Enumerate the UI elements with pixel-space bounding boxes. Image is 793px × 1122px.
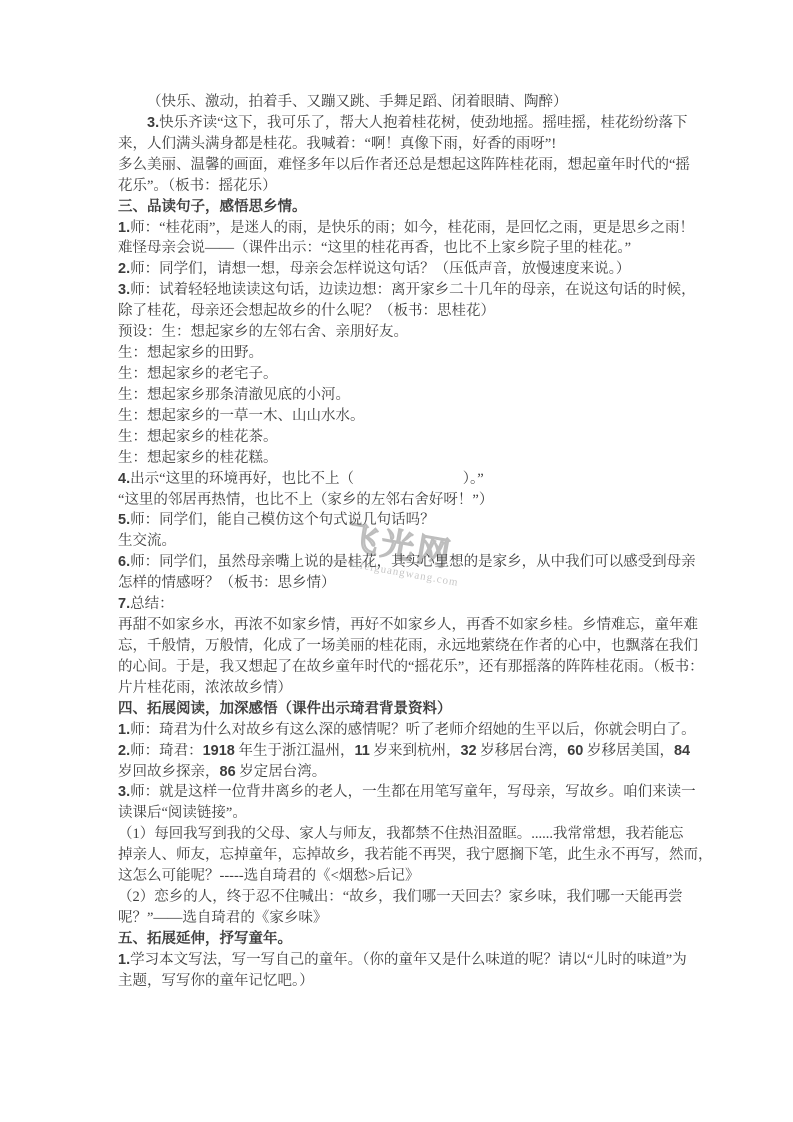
text-segment: 师：试着轻轻地读读这句话，边读边想：离开家乡二十几年的母亲，在说这句话的时候，	[130, 282, 696, 298]
text-segment: 呢？”——选自琦君的《家乡味》	[118, 910, 327, 926]
text-line: 这怎么可能呢？-----选自琦君的《<烟愁>后记》	[118, 866, 698, 887]
text-segment: 读课后“阅读链接”。	[118, 805, 247, 821]
document-page: 飞光网 www.feiguangwang.com （快乐、激动，拍着手、又蹦又跳…	[0, 0, 793, 1122]
text-line: 生：想起家乡的一草一木、山山水水。	[118, 406, 698, 427]
text-line: 生：想起家乡的桂花茶。	[118, 427, 698, 448]
text-segment: 生：想起家乡的桂花茶。	[118, 429, 278, 445]
text-segment: 师：就是这样一位背井离乡的老人，一生都在用笔写童年，写母亲，写故乡。咱们来读一	[130, 784, 696, 800]
text-line: 花乐”。（板书：摇花乐）	[118, 176, 698, 197]
text-line: 除了桂花，母亲还会想起故乡的什么呢？（板书：思桂花）	[118, 301, 698, 322]
text-line: 6.师：同学们，虽然母亲嘴上说的是桂花，其实心里想的是家乡，从中我们可以感受到母…	[118, 552, 698, 573]
text-segment-bold: 1.	[118, 220, 130, 236]
text-line: 3.快乐齐读“这下，我可乐了，帮大人抱着桂花树，使劲地摇。摇哇摇，桂花纷纷落下	[118, 113, 698, 134]
text-line: 五、拓展延伸，抒写童年。	[118, 929, 698, 950]
text-line: 四、拓展阅读，加深感悟（课件出示琦君背景资料）	[118, 699, 698, 720]
text-line: 预设：生：想起家乡的左邻右舍、亲朋好友。	[118, 322, 698, 343]
text-line: 3.师：试着轻轻地读读这句话，边读边想：离开家乡二十几年的母亲，在说这句话的时候…	[118, 280, 698, 301]
text-line: 怎样的情感呀？（板书：思乡情）	[118, 573, 698, 594]
text-line: 1.学习本文写法，写一写自己的童年。（你的童年又是什么味道的呢？请以“儿时的味道…	[118, 950, 698, 971]
text-line: （2）恋乡的人，终于忍不住喊出：“故乡，我们哪一天回去？家乡味，我们哪一天能再尝	[118, 887, 698, 908]
text-line: 5.师：同学们，能自己模仿这个句式说几句话吗？	[118, 510, 698, 531]
text-segment: 师：同学们，请想一想，母亲会怎样说这句话？（压低声音，放慢速度来说。）	[130, 261, 630, 277]
text-line: 三、品读句子，感悟思乡情。	[118, 197, 698, 218]
text-segment-bold: 2.	[118, 261, 130, 277]
text-segment-bold: 86	[220, 764, 236, 780]
text-segment: 生：想起家乡的桂花糕。	[118, 450, 278, 466]
text-segment: 掉亲人、师友，忘掉童年，忘掉故乡，我若能不再哭，我宁愿搁下笔，此生永不再写，然而…	[118, 847, 713, 863]
text-segment-bold: 11	[354, 743, 369, 759]
text-line: 4.出示“这里的环境再好，也比不上（ ）。”	[118, 469, 698, 490]
text-line: 7.总结：	[118, 594, 698, 615]
text-line: 的心间。于是，我又想起了在故乡童年时代的“摇花乐”，还有那摇落的阵阵桂花雨。（板…	[118, 657, 698, 678]
text-line: （快乐、激动，拍着手、又蹦又跳、手舞足蹈、闭着眼睛、陶醉）	[118, 92, 698, 113]
text-segment: 生：想起家乡的一草一木、山山水水。	[118, 408, 365, 424]
text-segment: 来，人们满头满身都是桂花。我喊着：“啊！真像下雨，好香的雨呀”!	[118, 136, 556, 152]
text-segment-bold: 32	[460, 743, 476, 759]
text-segment-bold: 60	[567, 743, 583, 759]
text-line: 生交流。	[118, 531, 698, 552]
text-segment: （快乐、激动，拍着手、又蹦又跳、手舞足蹈、闭着眼睛、陶醉）	[147, 94, 568, 110]
text-segment: 师：“桂花雨”，是迷人的雨，是快乐的雨；如今，桂花雨，是回忆之雨，更是思乡之雨！	[130, 220, 694, 236]
text-segment: 多么美丽、温馨的画面，难怪多年以后作者还总是想起这阵阵桂花雨，想起童年时代的“摇	[118, 157, 690, 173]
text-segment-bold: 6.	[118, 554, 130, 570]
text-segment: 的心间。于是，我又想起了在故乡童年时代的“摇花乐”，还有那摇落的阵阵桂花雨。（板…	[118, 659, 704, 675]
text-segment: 师：琦君为什么对故乡有这么深的感情呢？听了老师介绍她的生平以后，你就会明白了。	[130, 722, 696, 738]
text-segment: 除了桂花，母亲还会想起故乡的什么呢？（板书：思桂花）	[118, 303, 495, 319]
text-segment: 总结：	[130, 596, 174, 612]
text-segment: 生：想起家乡的老宅子。	[118, 366, 278, 382]
text-segment: 学习本文写法，写一写自己的童年。（你的童年又是什么味道的呢？请以“儿时的味道”为	[130, 952, 687, 968]
text-line: （1）每回我写到我的父母、家人与师友，我都禁不住热泪盈眶。......我常常想，…	[118, 824, 698, 845]
text-segment-bold: 1918	[203, 743, 235, 759]
text-line: 多么美丽、温馨的画面，难怪多年以后作者还总是想起这阵阵桂花雨，想起童年时代的“摇	[118, 155, 698, 176]
text-line: 2.师：同学们，请想一想，母亲会怎样说这句话？（压低声音，放慢速度来说。）	[118, 259, 698, 280]
text-line: 难怪母亲会说——（课件出示：“这里的桂花再香，也比不上家乡院子里的桂花。”	[118, 238, 698, 259]
text-segment: 四、拓展阅读，加深感悟（课件出示琦君背景资料）	[118, 701, 452, 717]
text-line: 呢？”——选自琦君的《家乡味》	[118, 908, 698, 929]
text-segment: （1）每回我写到我的父母、家人与师友，我都禁不住热泪盈眶。......我常常想，…	[118, 826, 684, 842]
text-segment: 岁移居美国，	[583, 743, 674, 759]
text-line: 岁回故乡探亲，86 岁定居台湾。	[118, 762, 698, 783]
text-segment: 片片桂花雨，浓浓故乡情）	[118, 680, 292, 696]
text-segment: 师：同学们，能自己模仿这个句式说几句话吗？	[130, 512, 435, 528]
text-segment: 难怪母亲会说——（课件出示：“这里的桂花再香，也比不上家乡院子里的桂花。”	[118, 240, 631, 256]
text-segment-bold: 7.	[118, 596, 130, 612]
text-segment-bold: 3.	[147, 115, 159, 131]
text-segment: 岁来到杭州，	[370, 743, 461, 759]
text-segment-bold: 3.	[118, 784, 130, 800]
text-line: 读课后“阅读链接”。	[118, 803, 698, 824]
text-segment-bold: 4.	[118, 471, 130, 487]
text-line: 忘，千般情，万般情，化成了一场美丽的桂花雨，永远地萦绕在作者的心中，也飘落在我们	[118, 636, 698, 657]
text-block: （快乐、激动，拍着手、又蹦又跳、手舞足蹈、闭着眼睛、陶醉）3.快乐齐读“这下，我…	[118, 92, 698, 992]
text-segment: 生交流。	[118, 533, 176, 549]
text-line: 生：想起家乡的田野。	[118, 343, 698, 364]
text-segment: 年生于浙江温州，	[235, 743, 355, 759]
text-segment: 出示“这里的环境再好，也比不上（ ）。”	[130, 471, 484, 487]
text-line: 生：想起家乡的老宅子。	[118, 364, 698, 385]
text-segment: 生：想起家乡的田野。	[118, 345, 263, 361]
text-segment: 怎样的情感呀？（板书：思乡情）	[118, 575, 336, 591]
text-segment: 花乐”。（板书：摇花乐）	[118, 178, 277, 194]
text-line: 1.师：“桂花雨”，是迷人的雨，是快乐的雨；如今，桂花雨，是回忆之雨，更是思乡之…	[118, 218, 698, 239]
text-segment-bold: 1.	[118, 952, 130, 968]
text-line: 生：想起家乡那条清澈见底的小河。	[118, 385, 698, 406]
text-segment: 生：想起家乡那条清澈见底的小河。	[118, 387, 350, 403]
text-segment: 预设：生：想起家乡的左邻右舍、亲朋好友。	[118, 324, 408, 340]
text-segment: 忘，千般情，万般情，化成了一场美丽的桂花雨，永远地萦绕在作者的心中，也飘落在我们	[118, 638, 698, 654]
text-segment-bold: 2.	[118, 743, 130, 759]
text-segment: 快乐齐读“这下，我可乐了，帮大人抱着桂花树，使劲地摇。摇哇摇，桂花纷纷落下	[159, 115, 687, 131]
text-line: 1.师：琦君为什么对故乡有这么深的感情呢？听了老师介绍她的生平以后，你就会明白了…	[118, 720, 698, 741]
text-segment-bold: 1.	[118, 722, 130, 738]
text-segment: 三、品读句子，感悟思乡情。	[118, 199, 307, 215]
text-segment: 岁回故乡探亲，	[118, 764, 220, 780]
text-segment: 岁移居台湾，	[477, 743, 568, 759]
text-line: 来，人们满头满身都是桂花。我喊着：“啊！真像下雨，好香的雨呀”!	[118, 134, 698, 155]
text-segment: 这怎么可能呢？-----选自琦君的《<烟愁>后记》	[118, 868, 420, 884]
text-line: 生：想起家乡的桂花糕。	[118, 448, 698, 469]
text-segment: 岁定居台湾。	[236, 764, 327, 780]
text-line: 主题，写写你的童年记忆吧。）	[118, 971, 698, 992]
text-segment: 五、拓展延伸，抒写童年。	[118, 931, 292, 947]
text-segment: 再甜不如家乡水，再浓不如家乡情，再好不如家乡人，再香不如家乡桂。乡情难忘，童年难	[118, 617, 698, 633]
text-segment-bold: 3.	[118, 282, 130, 298]
text-line: 片片桂花雨，浓浓故乡情）	[118, 678, 698, 699]
text-segment-bold: 84	[674, 743, 690, 759]
text-line: 2.师：琦君：1918 年生于浙江温州，11 岁来到杭州，32 岁移居台湾，60…	[118, 741, 698, 762]
text-segment-bold: 5.	[118, 512, 130, 528]
text-line: 掉亲人、师友，忘掉童年，忘掉故乡，我若能不再哭，我宁愿搁下笔，此生永不再写，然而…	[118, 845, 698, 866]
text-segment: 师：同学们，虽然母亲嘴上说的是桂花，其实心里想的是家乡，从中我们可以感受到母亲	[130, 554, 696, 570]
text-segment: 主题，写写你的童年记忆吧。）	[118, 973, 314, 989]
text-line: “这里的邻居再热情，也比不上（家乡的左邻右舍好呀！”）	[118, 490, 698, 511]
text-segment: 师：琦君：	[130, 743, 203, 759]
text-segment: （2）恋乡的人，终于忍不住喊出：“故乡，我们哪一天回去？家乡味，我们哪一天能再尝	[118, 889, 683, 905]
text-line: 再甜不如家乡水，再浓不如家乡情，再好不如家乡人，再香不如家乡桂。乡情难忘，童年难	[118, 615, 698, 636]
text-segment: “这里的邻居再热情，也比不上（家乡的左邻右舍好呀！”）	[118, 492, 493, 508]
text-line: 3.师：就是这样一位背井离乡的老人，一生都在用笔写童年，写母亲，写故乡。咱们来读…	[118, 782, 698, 803]
